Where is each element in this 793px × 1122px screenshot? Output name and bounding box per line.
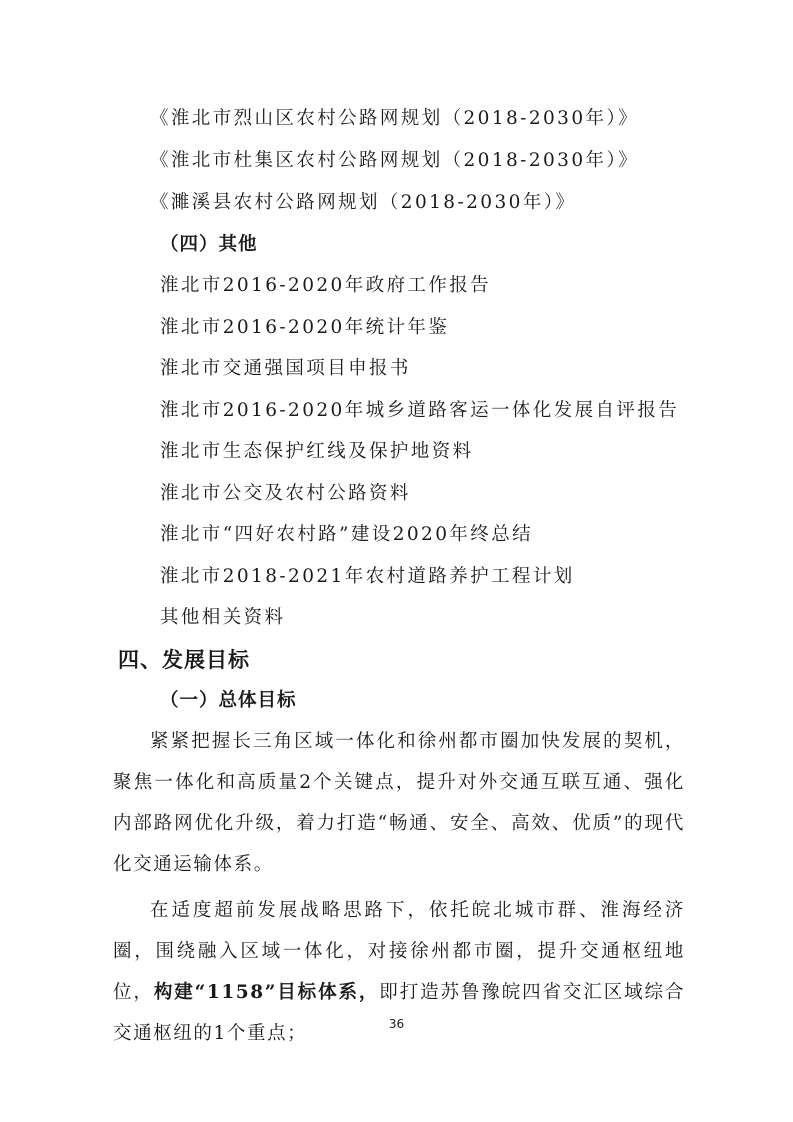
list-item: 淮北市“四好农村路”建设2020年终总结	[160, 520, 533, 546]
list-item: 淮北市2016-2020年城乡道路客运一体化发展自评报告	[160, 396, 679, 422]
list-item: 淮北市2016-2020年统计年鉴	[160, 313, 449, 339]
list-item: 淮北市生态保护红线及保护地资料	[160, 437, 474, 463]
section-heading-other: （四）其他	[160, 230, 258, 256]
emphasis-text: 构建“1158”目标体系，	[154, 982, 379, 1003]
chapter-heading: 四、发展目标	[118, 644, 250, 674]
plan-item: 《淮北市杜集区农村公路网规划（2018-2030年）》	[150, 146, 639, 172]
list-item: 淮北市公交及农村公路资料	[160, 479, 411, 505]
page-number: 36	[0, 1017, 793, 1031]
list-item: 其他相关资料	[160, 603, 285, 629]
subsection-heading: （一）总体目标	[160, 686, 297, 712]
list-item: 淮北市2018-2021年农村道路养护工程计划	[160, 562, 575, 588]
list-item: 淮北市交通强国项目申报书	[160, 354, 411, 380]
plan-item: 《淮北市烈山区农村公路网规划（2018-2030年）》	[150, 104, 639, 130]
list-item: 淮北市2016-2020年政府工作报告	[160, 271, 491, 297]
plan-item: 《濉溪县农村公路网规划（2018-2030年）》	[150, 188, 576, 214]
paragraph-overall-goal: 紧紧把握长三角区域一体化和徐州都市圈加快发展的契机，聚焦一体化和高质量2个关键点…	[113, 721, 685, 885]
